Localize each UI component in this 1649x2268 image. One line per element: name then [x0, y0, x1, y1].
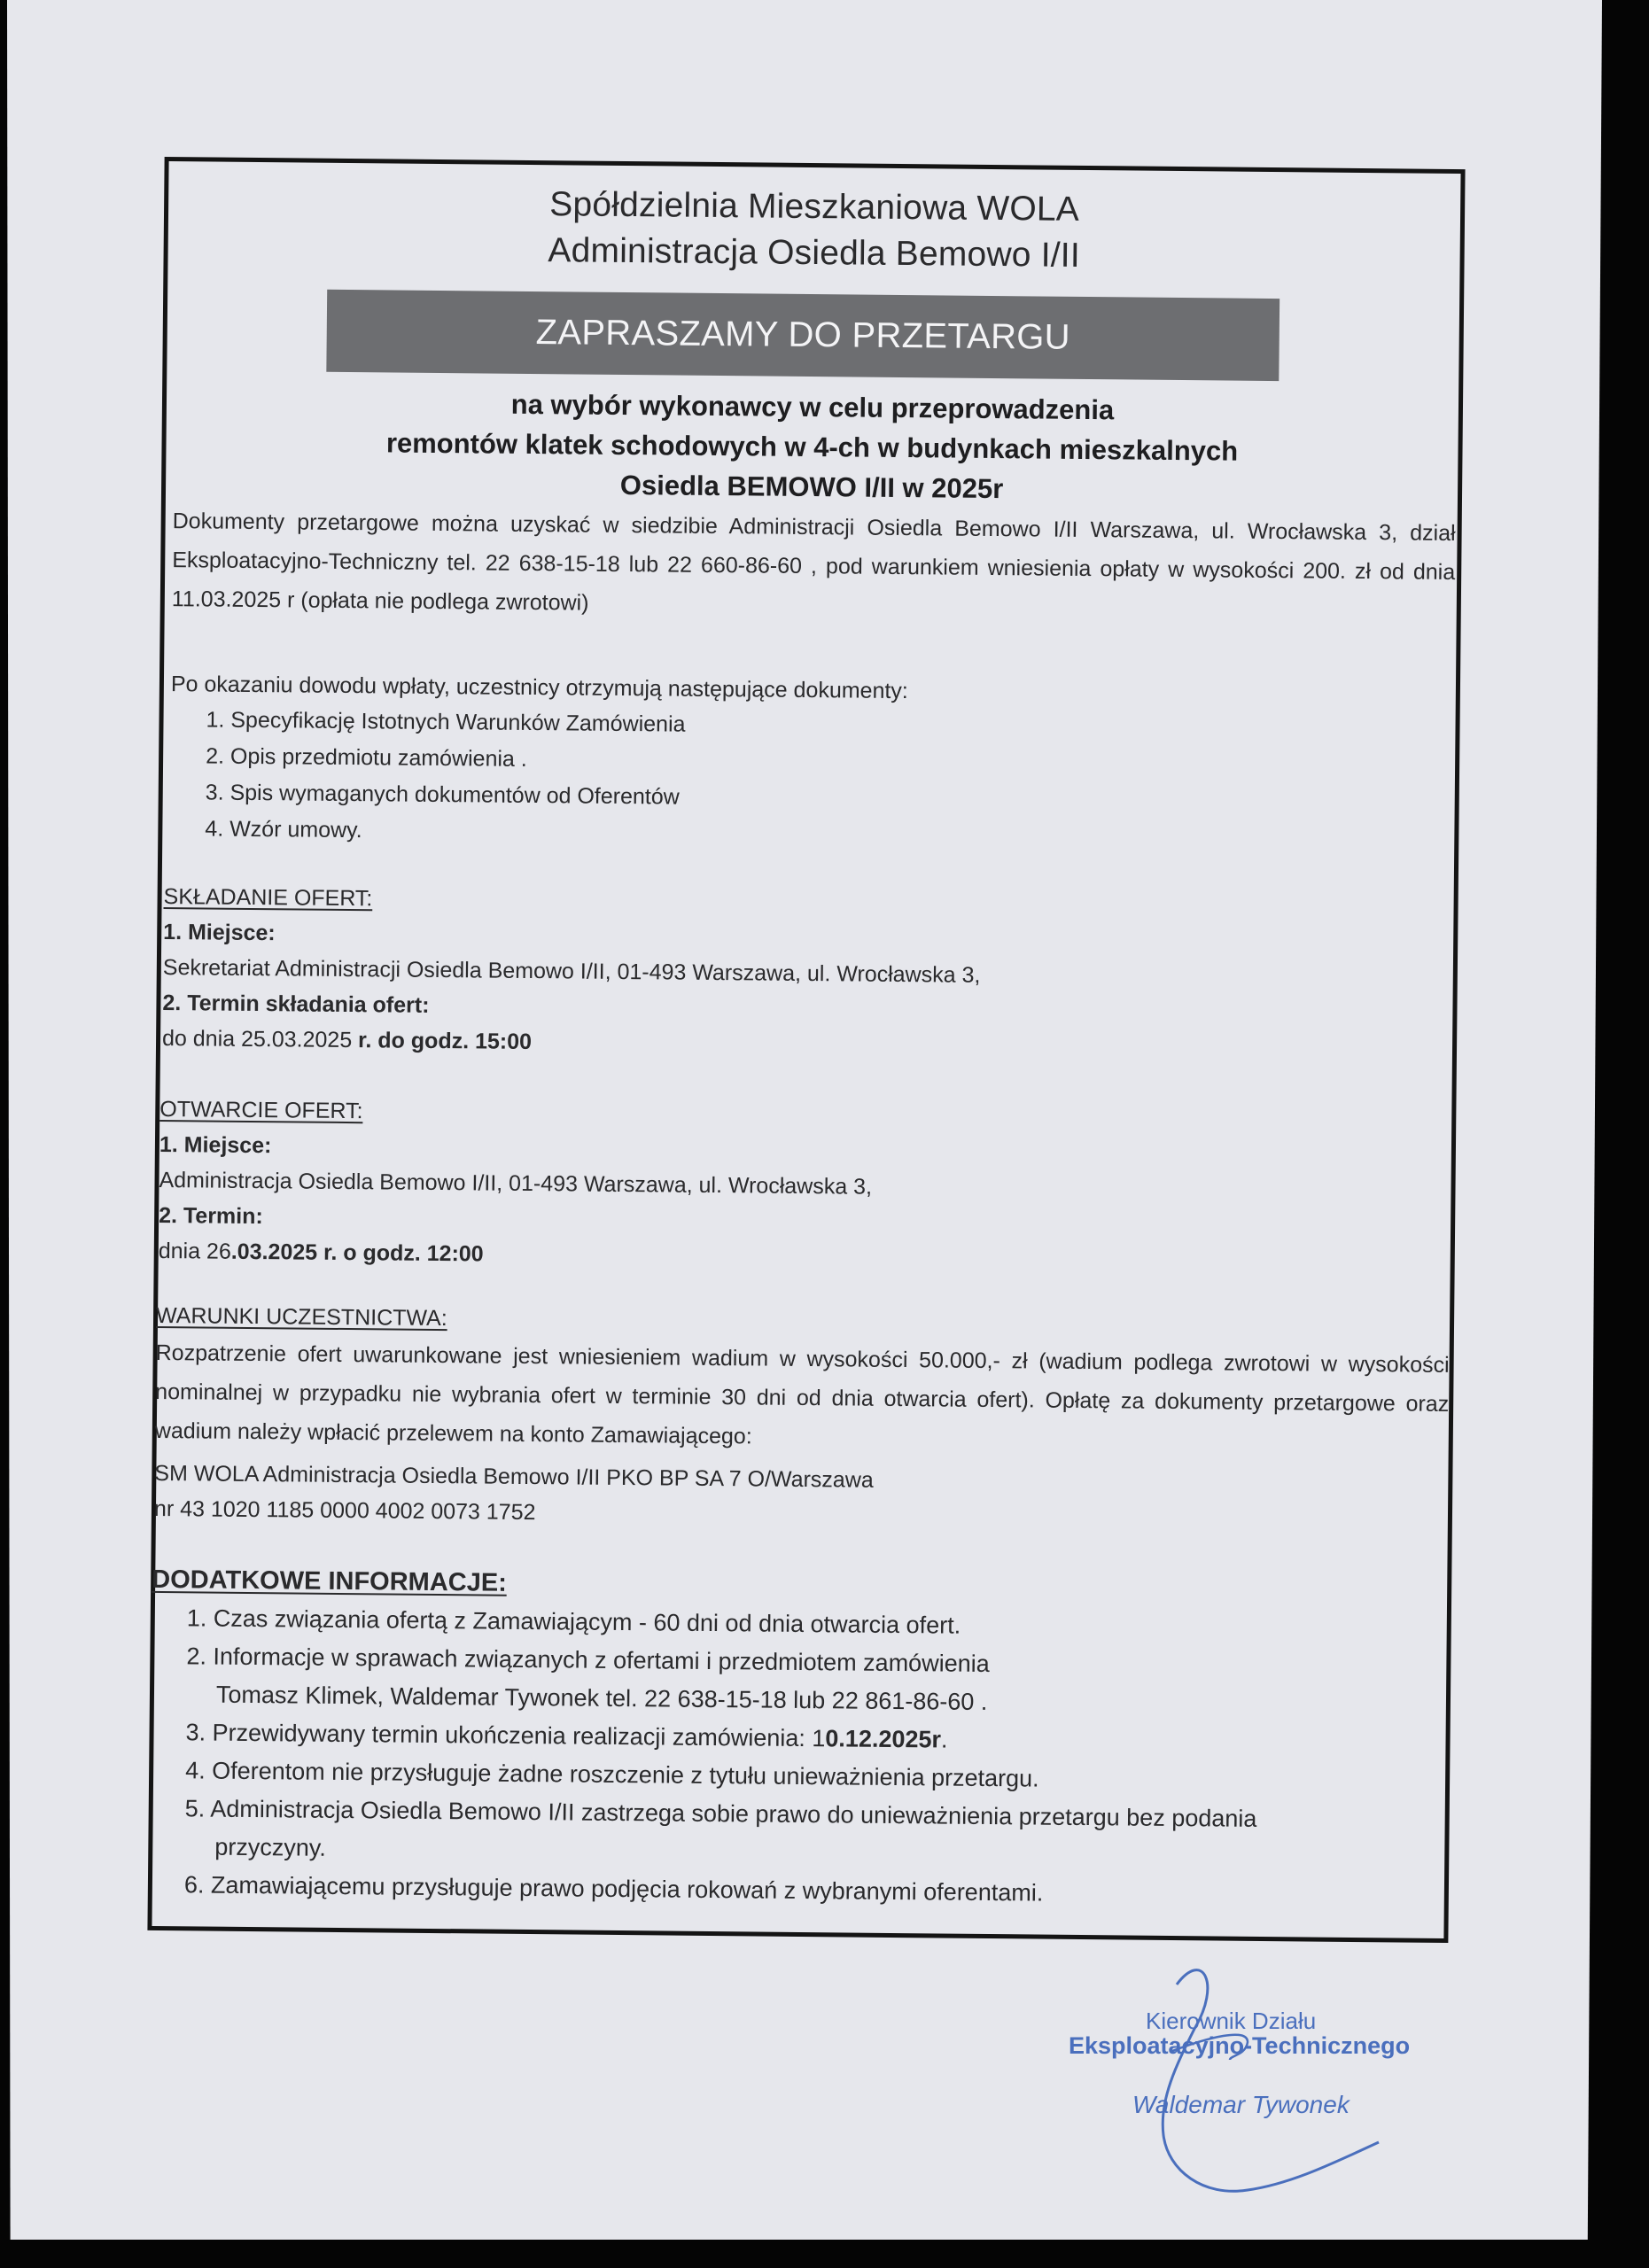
deadline-time: r. do godz. 15:00 [358, 1028, 532, 1054]
deadline-date: do dnia 25.03.2025 [162, 1026, 358, 1052]
warunki-section: WARUNKI UCZESTNICTWA: Rozpatrzenie ofert… [154, 1298, 1450, 1539]
banner-title: ZAPRASZAMY DO PRZETARGU [535, 313, 1070, 358]
otwarcie-section: OTWARCIE OFERT: 1. Miejsce: Administracj… [159, 1091, 1451, 1281]
organization-name: Spółdzielnia Mieszkaniowa WOLA [168, 182, 1460, 233]
intro-section: Dokumenty przetargowe można uzyskać w si… [172, 501, 1456, 631]
administration-name: Administracja Osiedla Bemowo I/II [167, 228, 1459, 279]
completion-suffix: . [941, 1726, 948, 1752]
scanned-paper: Spółdzielnia Mieszkaniowa WOLA Administr… [7, 0, 1602, 2240]
tender-subject: na wybór wykonawcy w celu przeprowadzeni… [166, 381, 1458, 513]
completion-label: 3. Przewidywany termin ukończenia realiz… [185, 1719, 825, 1751]
dodatkowe-section: DODATKOWE INFORMACJE: 1. Czas związania … [149, 1561, 1446, 1916]
intro-paragraph: Dokumenty przetargowe można uzyskać w si… [172, 501, 1456, 631]
documents-section: Po okazaniu dowodu wpłaty, uczestnicy ot… [169, 666, 1454, 859]
warunki-paragraph: Rozpatrzenie ofert uwarunkowane jest wni… [155, 1333, 1450, 1463]
title-banner: ZAPRASZAMY DO PRZETARGU [326, 290, 1280, 381]
skladanie-section: SKŁADANIE OFERT: 1. Miejsce: Sekretariat… [162, 879, 1452, 1068]
document-frame: Spółdzielnia Mieszkaniowa WOLA Administr… [147, 157, 1465, 1943]
completion-date: 0.12.2025r [825, 1725, 941, 1752]
opening-date-day: dnia 26 [159, 1239, 231, 1264]
opening-date-rest: .03.2025 r. o godz. 12:00 [231, 1239, 484, 1267]
signature-icon [1124, 1958, 1389, 2206]
